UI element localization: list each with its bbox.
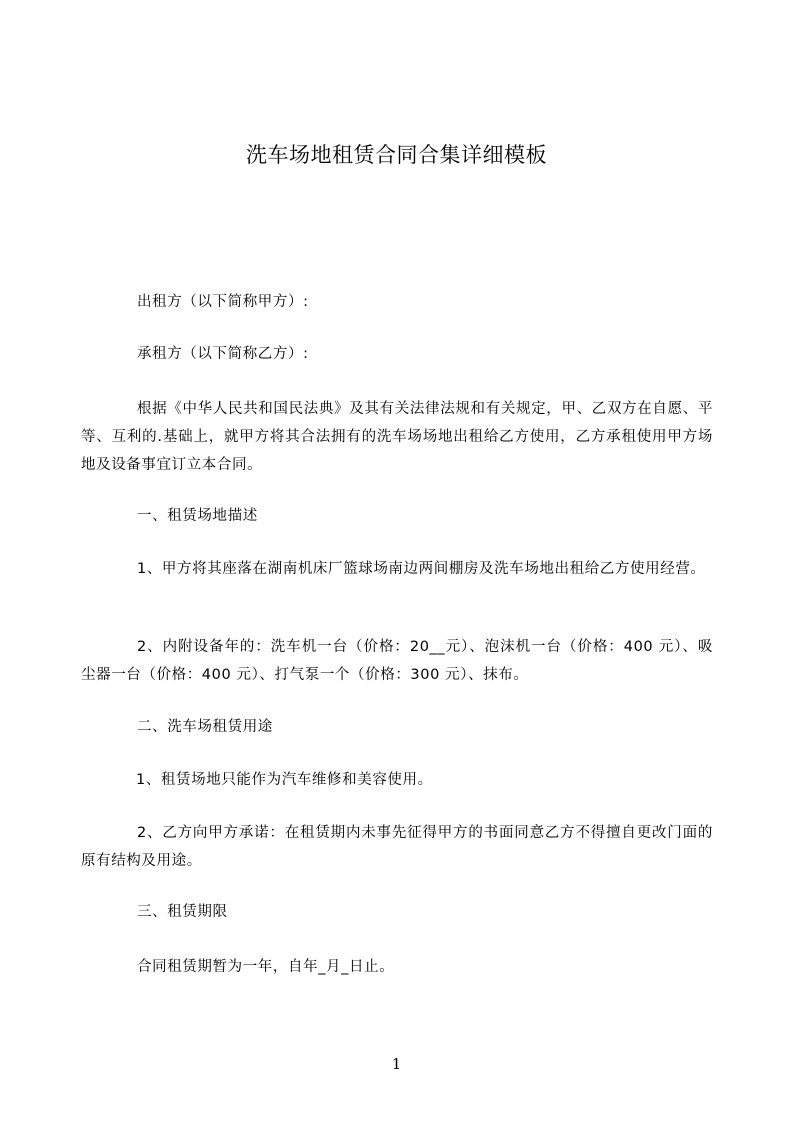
section-2-item-1: 1、租赁场地只能作为汽车维修和美容使用。 xyxy=(81,766,713,794)
lessor-line: 出租方（以下简称甲方）: xyxy=(81,288,713,316)
section-1-heading: 一、租赁场地描述 xyxy=(81,502,713,530)
document-title: 洗车场地租赁合同合集详细模板 xyxy=(0,140,793,170)
section-1-item-1: 1、甲方将其座落在湖南机床厂篮球场南边两间棚房及洗车场地出租给乙方使用经营。 xyxy=(81,555,713,583)
preamble-paragraph: 根据《中华人民共和国民法典》及其有关法律法规和有关规定，甲、乙双方在自愿、平等、… xyxy=(81,395,713,479)
lessee-line: 承租方（以下简称乙方）: xyxy=(81,340,713,368)
section-1-item-2: 2、内附设备年的：洗车机一台（价格：20__元）、泡沫机一台（价格：400 元）… xyxy=(81,633,713,689)
section-3-text: 合同租赁期暂为一年，自年_月_日止。 xyxy=(81,953,713,981)
section-2-heading: 二、洗车场租赁用途 xyxy=(81,713,713,741)
section-3-heading: 三、租赁期限 xyxy=(81,898,713,926)
section-2-item-2: 2、乙方向甲方承诺：在租赁期内未事先征得甲方的书面同意乙方不得擅自更改门面的原有… xyxy=(81,819,713,875)
document-page: 洗车场地租赁合同合集详细模板 出租方（以下简称甲方）: 承租方（以下简称乙方）:… xyxy=(0,0,793,1122)
page-number: 1 xyxy=(0,1054,793,1074)
